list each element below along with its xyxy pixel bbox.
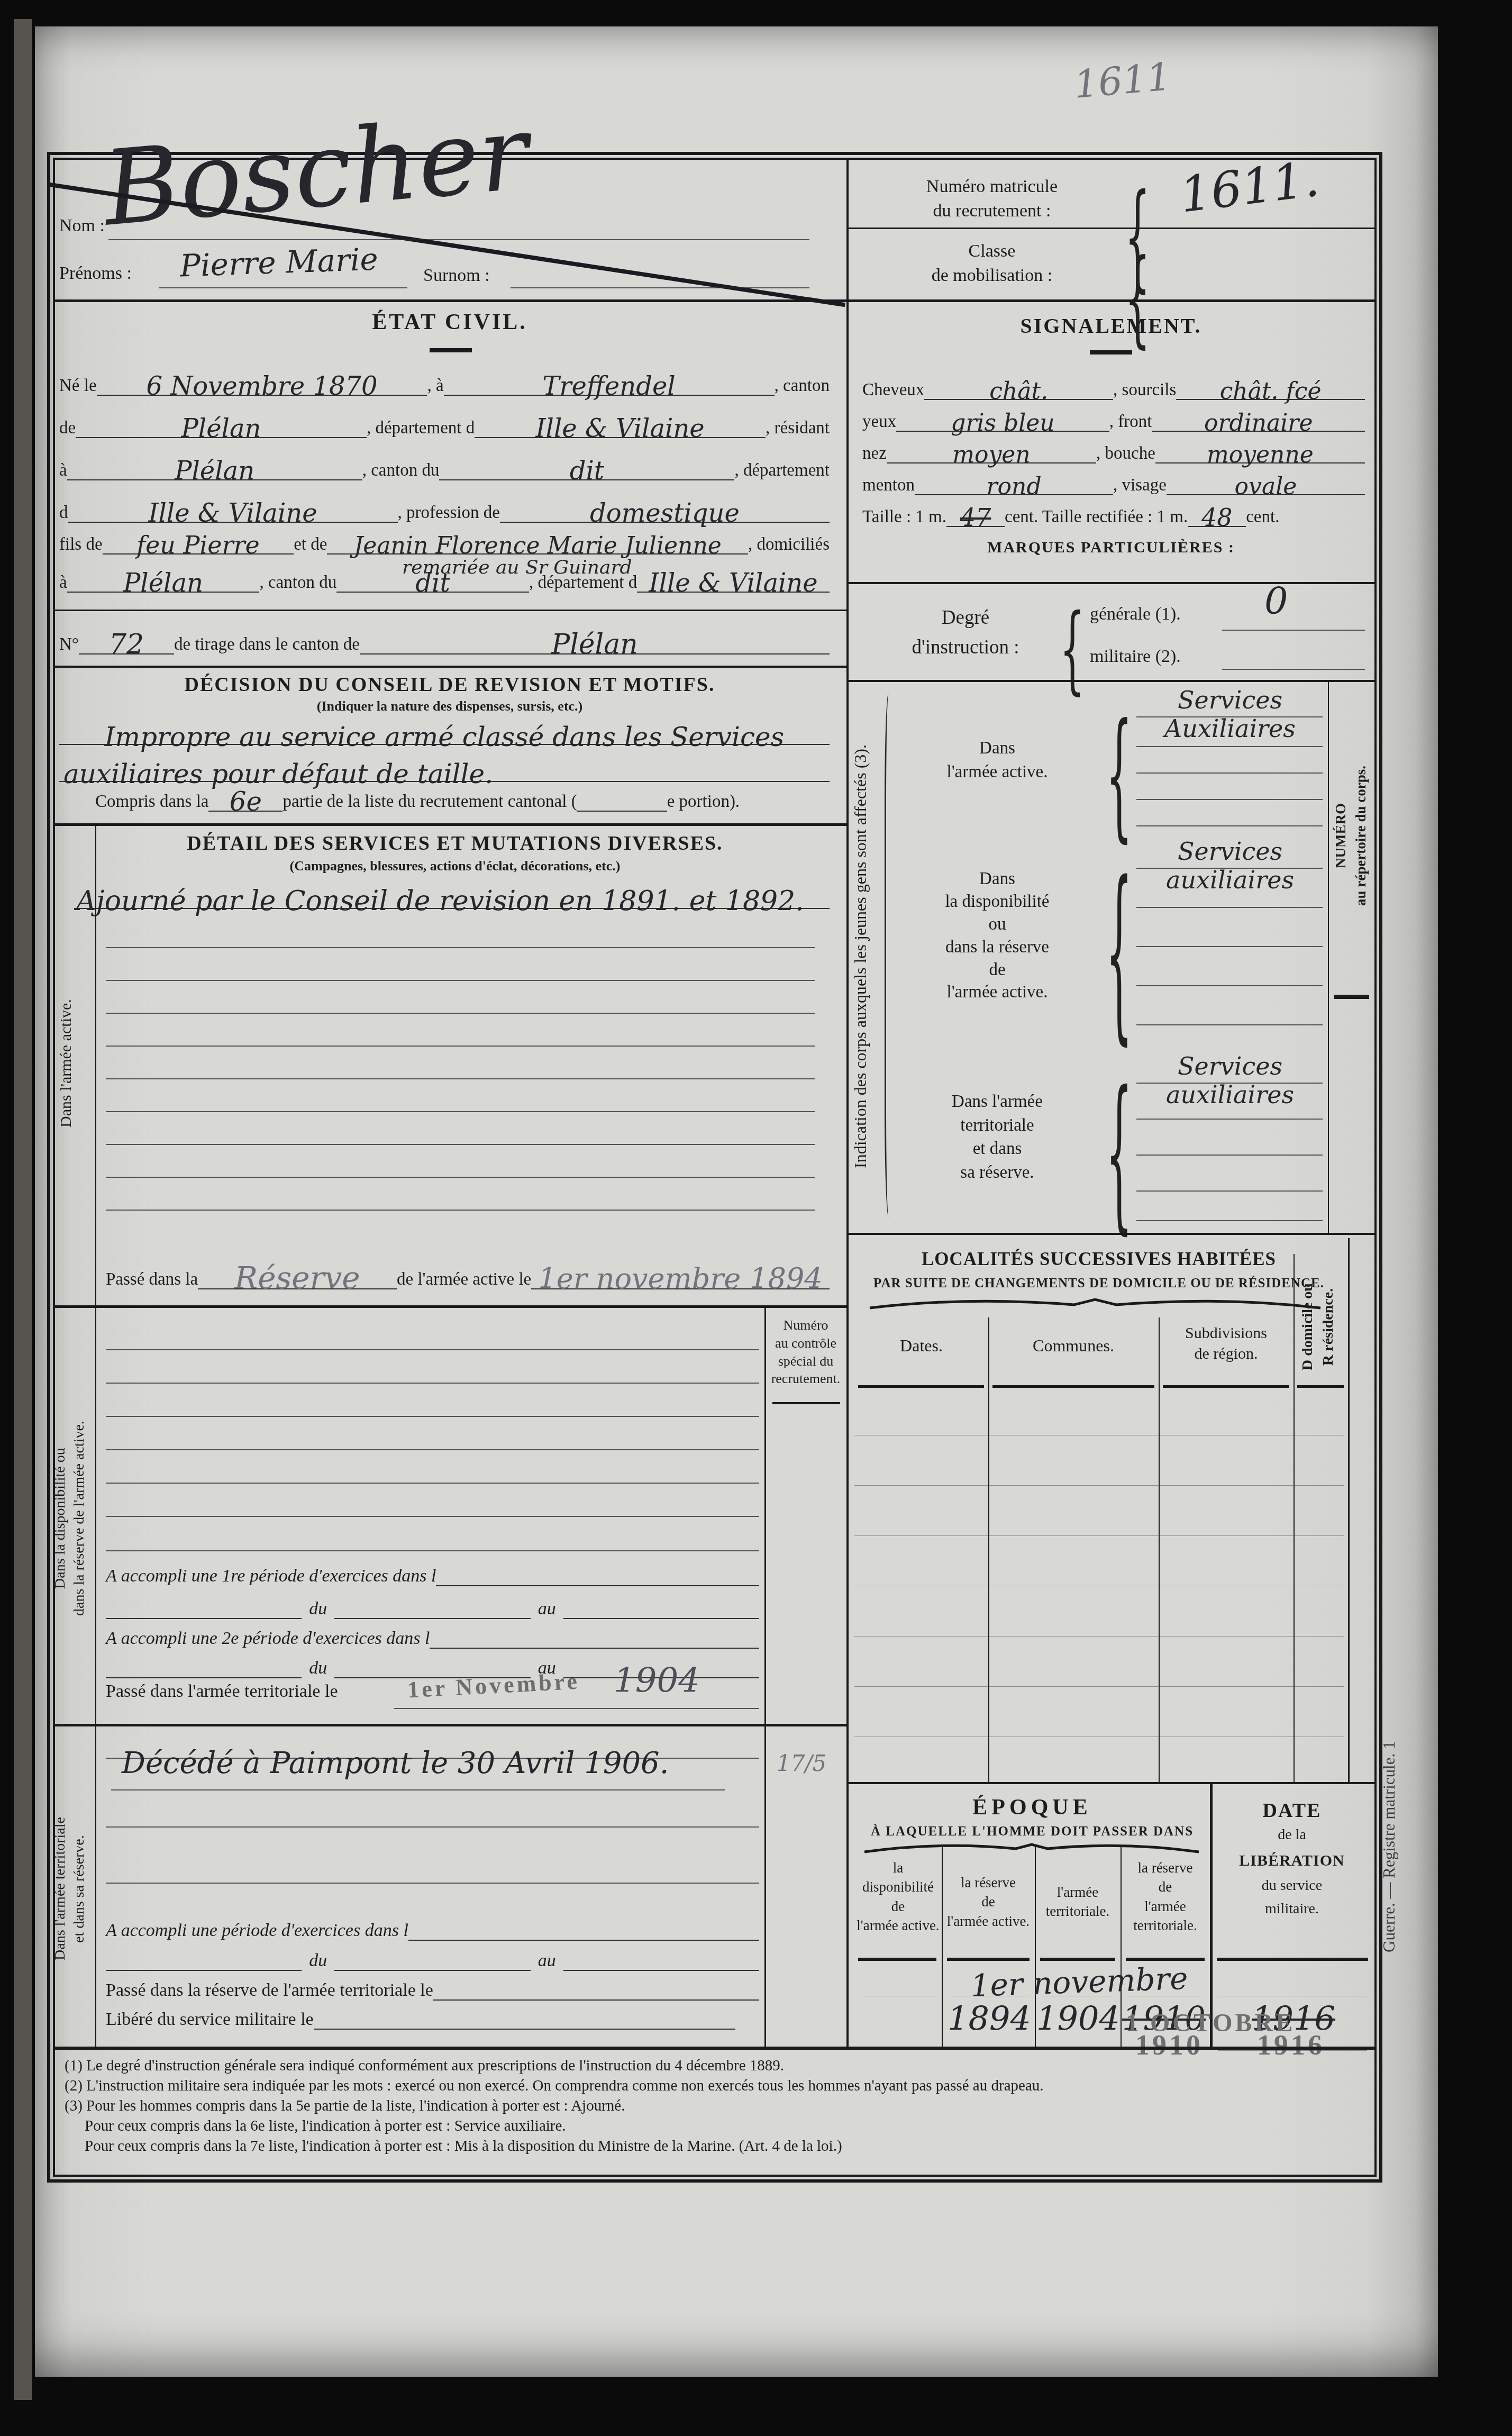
- epoque-col1: la disponibilité de l'armée active.: [854, 1858, 942, 1935]
- handwritten-value: dit: [570, 460, 604, 482]
- handwritten-value: ordinaire: [1204, 413, 1313, 433]
- blank-line: 6 Novembre 1870: [97, 371, 427, 396]
- surnom-line: [511, 287, 809, 288]
- footnote-5: Pour ceux compris dans la 7e liste, l'in…: [85, 2138, 1360, 2155]
- etat-civil-title: ÉTAT CIVIL.: [53, 310, 846, 335]
- section-line: [846, 582, 1376, 584]
- handwritten-value: Réserve: [235, 1265, 360, 1291]
- blank-line: Ille & Vilaine: [68, 498, 398, 523]
- side-column-line: [95, 826, 96, 2047]
- printed-label: Cheveux: [862, 380, 924, 400]
- printed-label: , département d: [367, 419, 475, 438]
- localites-col-dr: D domicile ou R résidence.: [1297, 1262, 1346, 1392]
- blank-line: Plélan: [76, 413, 367, 438]
- epoque-title: ÉPOQUE: [854, 1795, 1210, 1820]
- side-label-territoriale: Dans l'armée territoriale et dans sa rés…: [51, 1746, 95, 2032]
- printed-label: , résidant: [766, 419, 830, 438]
- blank-line: ovale: [1167, 472, 1365, 495]
- detail-subtitle: (Campagnes, blessures, actions d'éclat, …: [95, 858, 815, 874]
- printed-label: menton: [862, 476, 915, 495]
- repertoire-tick: [1334, 995, 1369, 999]
- printed-label: d: [59, 503, 68, 523]
- printed-label: Compris dans la: [95, 792, 208, 812]
- section-line: [53, 610, 846, 611]
- printed-label: au: [531, 1951, 563, 1971]
- printed-label: nez: [862, 444, 887, 463]
- surnom-label: Surnom :: [423, 266, 490, 286]
- epoque-col4: la réserve de l'armée territoriale.: [1122, 1858, 1209, 1935]
- handwritten-value: Plélan: [181, 418, 261, 440]
- header-swash: [868, 1295, 1323, 1310]
- blank-line: [408, 1940, 759, 1941]
- instruction-label: Degré d'instruction :: [883, 603, 1048, 662]
- section-line: [53, 1305, 846, 1308]
- handwritten-value: 6 Novembre 1870: [146, 376, 377, 397]
- corps-dispo-value: Services auxiliaires: [1135, 837, 1325, 894]
- blank-line: [106, 1677, 302, 1678]
- printed-label: A accompli une 2e période d'exercices da…: [106, 1629, 430, 1649]
- handwritten-value: chât.: [989, 381, 1048, 401]
- corps-dispo-label: Dans la disponibilité ou dans la réserve…: [895, 868, 1099, 1004]
- handwritten-value: Jeanin Florence Marie Julienne: [354, 536, 722, 556]
- blank-line: 6e: [208, 786, 283, 812]
- side-label-corps: Indication des corps auxquels les jeunes…: [851, 688, 878, 1225]
- handwritten-value: Impropre au service armé classé dans les…: [105, 726, 785, 749]
- blank-line: Plélan: [67, 456, 362, 480]
- blank-line: ordinaire: [1152, 408, 1365, 432]
- printed-label: à: [59, 573, 67, 593]
- blank-line: dit: [336, 568, 529, 593]
- handwritten-value: auxiliaires pour défaut de taille.: [63, 763, 493, 786]
- prenoms-label: Prénoms :: [59, 263, 132, 284]
- printed-label: , profession de: [398, 503, 500, 523]
- section-line: [53, 666, 846, 668]
- blank-line: [314, 2029, 735, 2030]
- instruction-brace: [1060, 594, 1085, 705]
- marques-label: MARQUES PARTICULIÈRES :: [846, 539, 1376, 557]
- blank-line: Jeanin Florence Marie Julienne: [327, 531, 748, 555]
- handwritten-value: Ille & Vilaine: [148, 503, 317, 524]
- side-label-armee-active: Dans l'armée active.: [57, 889, 89, 1238]
- handwritten-value: chât. fcé: [1220, 381, 1322, 401]
- printed-label: Taille : 1 m.: [862, 507, 946, 527]
- printed-label: Passé dans l'armée territoriale le: [106, 1681, 338, 1702]
- generale-value: 0: [1264, 579, 1288, 623]
- signalement-title: SIGNALEMENT.: [846, 313, 1376, 338]
- handwritten-value: dit: [415, 572, 450, 594]
- numero-controle-header: Numéro au contrôle spécial du recrutemen…: [766, 1316, 845, 1388]
- printed-label: , bouche: [1096, 444, 1155, 463]
- prenoms-line: [159, 287, 407, 288]
- printed-label: de: [59, 419, 76, 438]
- corps-terr-value: Services auxiliaires: [1135, 1052, 1325, 1109]
- footnote-4: Pour ceux compris dans la 6e liste, l'in…: [85, 2117, 1360, 2135]
- classe-label: Classe de mobilisation :: [865, 239, 1119, 288]
- printed-label: , canton du: [362, 461, 440, 480]
- deces-entry: Décédé à Paimpont le 30 Avril 1906.: [122, 1746, 669, 1780]
- handwritten-value: 1er novembre 1894: [539, 1267, 823, 1291]
- epoque-col2: la réserve de l'armée active.: [943, 1873, 1034, 1931]
- printed-label: cent.: [1246, 507, 1279, 527]
- printed-label: , domiciliés: [748, 535, 830, 555]
- handwritten-value: 47: [960, 507, 991, 528]
- handwritten-value: Ille & Vilaine: [536, 418, 705, 440]
- printed-label: cent. Taille rectifiée : 1 m.: [1005, 507, 1188, 527]
- printed-label: , département: [734, 461, 830, 480]
- section-line: [53, 1724, 846, 1726]
- printed-label: Passé dans la: [106, 1270, 198, 1289]
- section-line: [53, 823, 846, 826]
- blank-line: Ajourné par le Conseil de revision en 18…: [74, 885, 830, 909]
- detail-title: DÉTAIL DES SERVICES ET MUTATIONS DIVERSE…: [95, 832, 815, 855]
- localites-title: LOCALITÉS SUCCESSIVES HABITÉES: [853, 1249, 1345, 1270]
- printed-label: , canton: [775, 376, 830, 396]
- militaire-label: militaire (2).: [1090, 647, 1181, 667]
- blank-line: Ille & Vilaine: [637, 568, 830, 593]
- blank-line: feu Pierre: [103, 530, 294, 555]
- stamp-1910: 1910: [1130, 2029, 1209, 2061]
- epoque-hw-1894: 1894: [947, 1999, 1032, 2038]
- blank-line: [433, 1999, 759, 2001]
- handwritten-value: gris bleu: [951, 413, 1054, 433]
- blank-line: [106, 1970, 302, 1971]
- epoque-subtitle: À LAQUELLE L'HOMME DOIT PASSER DANS: [854, 1824, 1210, 1839]
- blank-line: [334, 1970, 530, 1971]
- corps-brace: [1106, 694, 1132, 856]
- blank-line: Ille & Vilaine: [475, 413, 766, 438]
- side-brace-line: [885, 693, 892, 1217]
- footnote-1: (1) Le degré d'instruction générale sera…: [65, 2057, 1361, 2075]
- side-label-disponibilite: Dans la disponibilité ou dans la réserve…: [51, 1317, 95, 1720]
- blank-line: [436, 1585, 759, 1586]
- blank-line: Impropre au service armé classé dans les…: [59, 721, 830, 745]
- printed-label: Libéré du service militaire le: [106, 2010, 314, 2030]
- handwritten-value: Plélan: [175, 460, 254, 482]
- nom-line: [108, 239, 809, 240]
- nom-label: Nom :: [59, 216, 105, 236]
- repertoire-column-line: [1328, 682, 1329, 1233]
- handwritten-value: domestique: [590, 503, 740, 524]
- title-dash: [1090, 350, 1132, 355]
- localites-col-subdivisions: Subdivisions de région.: [1159, 1323, 1294, 1364]
- margin-note: 17/5: [777, 1750, 826, 1776]
- printed-label: et de: [294, 535, 327, 555]
- handwritten-value: 48: [1201, 507, 1233, 528]
- handwritten-value: moyen: [952, 445, 1030, 465]
- blank-line: [563, 1970, 759, 1971]
- blank-line: 48: [1188, 503, 1246, 527]
- blank-line: Plélan: [360, 628, 830, 655]
- localites-col-communes: Communes.: [988, 1336, 1159, 1356]
- blank-line: chât.: [924, 377, 1113, 400]
- handwritten-value: 72: [109, 633, 144, 656]
- prenoms-value: Pierre Marie: [179, 241, 379, 284]
- printed-label: à: [59, 461, 67, 480]
- handwritten-value: Treffendel: [542, 376, 675, 397]
- printed-label: , sourcils: [1113, 380, 1176, 400]
- classe-brace: [1125, 237, 1150, 359]
- localites-subtitle: PAR SUITE DE CHANGEMENTS DE DOMICILE OU …: [853, 1276, 1345, 1291]
- footnote-3: (3) Pour les hommes compris dans la 5e p…: [65, 2097, 1361, 2115]
- printed-label: Passé dans la réserve de l'armée territo…: [106, 1980, 433, 2001]
- corps-active-label: Dans l'armée active.: [895, 737, 1099, 784]
- printed-label: , département d: [529, 573, 637, 593]
- handwritten-value: Plélan: [123, 572, 203, 594]
- blank-line: rond: [915, 472, 1113, 495]
- handwritten-value: ovale: [1235, 477, 1297, 496]
- handwritten-value: feu Pierre: [136, 535, 260, 556]
- printed-label: de tirage dans le canton de: [174, 635, 360, 655]
- handwritten-value: moyenne: [1207, 445, 1314, 465]
- handwritten-value: rond: [987, 477, 1042, 496]
- header-box-divider: [846, 228, 1376, 229]
- epoque-date4: du service: [1213, 1877, 1371, 1894]
- title-dash: [430, 348, 472, 352]
- handwritten-value: Plélan: [551, 633, 638, 656]
- handwritten-value: Ille & Vilaine: [649, 572, 818, 594]
- blank-line: dit: [439, 456, 734, 480]
- epoque-col3: l'armée territoriale.: [1036, 1883, 1119, 1921]
- numero-controle-underline: [772, 1402, 840, 1404]
- blank-line: 72: [79, 628, 174, 655]
- blank-line: moyen: [887, 440, 1096, 463]
- generale-label: générale (1).: [1090, 604, 1181, 624]
- blank-line: Réserve: [198, 1260, 397, 1289]
- blank-line: Plélan: [67, 568, 260, 593]
- content-bottom-line: [53, 2047, 1374, 2050]
- main-column-divider: [846, 158, 849, 2048]
- blank-line: Treffendel: [444, 371, 775, 396]
- book-edge: [14, 19, 32, 2400]
- header-swash: [862, 1840, 1201, 1854]
- printed-label: partie de la liste du recrutement canton…: [283, 792, 577, 812]
- corps-terr-label: Dans l'armée territoriale et dans sa rés…: [895, 1090, 1099, 1184]
- printed-label: du: [302, 1951, 334, 1971]
- decision-title: DÉCISION DU CONSEIL DE REVISION ET MOTIF…: [53, 673, 846, 696]
- blank-line: gris bleu: [896, 408, 1109, 432]
- printed-label: du: [302, 1658, 334, 1678]
- section-line: [846, 1782, 1376, 1784]
- localites-col-dates: Dates.: [854, 1336, 988, 1356]
- corps-active-value: Services Auxiliaires: [1135, 686, 1325, 743]
- printed-label: Né le: [59, 376, 97, 396]
- printed-label: , canton du: [259, 573, 336, 593]
- epoque-date1: DATE: [1213, 1799, 1371, 1822]
- blank-line: domestique: [500, 498, 830, 523]
- footnote-2: (2) L'instruction militaire sera indiqué…: [65, 2077, 1361, 2095]
- printed-label: N°: [59, 635, 79, 655]
- corps-brace: [1106, 842, 1132, 1062]
- blank-line: chât. fcé: [1176, 377, 1365, 400]
- header-bottom-line: [53, 299, 1374, 302]
- printed-label: e portion).: [667, 792, 740, 812]
- handwritten-value: 6e: [230, 790, 262, 813]
- section-line: [846, 1233, 1376, 1235]
- printed-label: A accompli une 1re période d'exercices d…: [106, 1566, 436, 1586]
- epoque-hw-1904: 1904: [1036, 1999, 1121, 2038]
- section-line: [846, 680, 1376, 682]
- printed-label: yeux: [862, 412, 896, 432]
- margin-imprint: Guerre. — Registre matricule. 1: [1380, 1598, 1403, 2095]
- epoque-date3: LIBÉRATION: [1213, 1852, 1371, 1870]
- epoque-date5: militaire.: [1213, 1901, 1371, 1917]
- corner-matricule-note: 1611: [1072, 54, 1173, 107]
- handwritten-value: Ajourné par le Conseil de revision en 18…: [76, 889, 804, 913]
- printed-label: fils de: [59, 535, 103, 555]
- blank-line: moyenne: [1155, 440, 1365, 463]
- printed-label: au: [531, 1599, 563, 1619]
- numero-column-line: [764, 1307, 766, 2047]
- printed-label: , visage: [1113, 476, 1167, 495]
- blank-line: auxiliaires pour défaut de taille.: [59, 758, 830, 782]
- decision-subtitle: (Indiquer la nature des dispenses, sursi…: [53, 698, 846, 714]
- register-scan: 1611 Boscher Nom : Prénoms : Pierre Mari…: [0, 0, 1512, 2436]
- blank-line: [577, 811, 667, 812]
- corps-brace: [1106, 1056, 1132, 1250]
- matricule-label: Numéro matricule du recrutement :: [865, 175, 1119, 223]
- blank-line: 1er novembre 1894: [531, 1262, 830, 1289]
- blank-line: 47: [946, 503, 1005, 527]
- printed-label: , front: [1109, 412, 1152, 432]
- stamp-1916: 1916: [1249, 2029, 1333, 2061]
- printed-label: du: [302, 1599, 334, 1619]
- printed-label: A accompli une période d'exercices dans …: [106, 1921, 408, 1941]
- printed-label: , à: [427, 376, 443, 396]
- printed-label: de l'armée active le: [397, 1270, 531, 1289]
- handwritten-value: 1904: [614, 1661, 700, 1701]
- epoque-date2: de la: [1213, 1826, 1371, 1843]
- repertoire-label: NUMÉRO au répertoire du corps.: [1331, 693, 1373, 979]
